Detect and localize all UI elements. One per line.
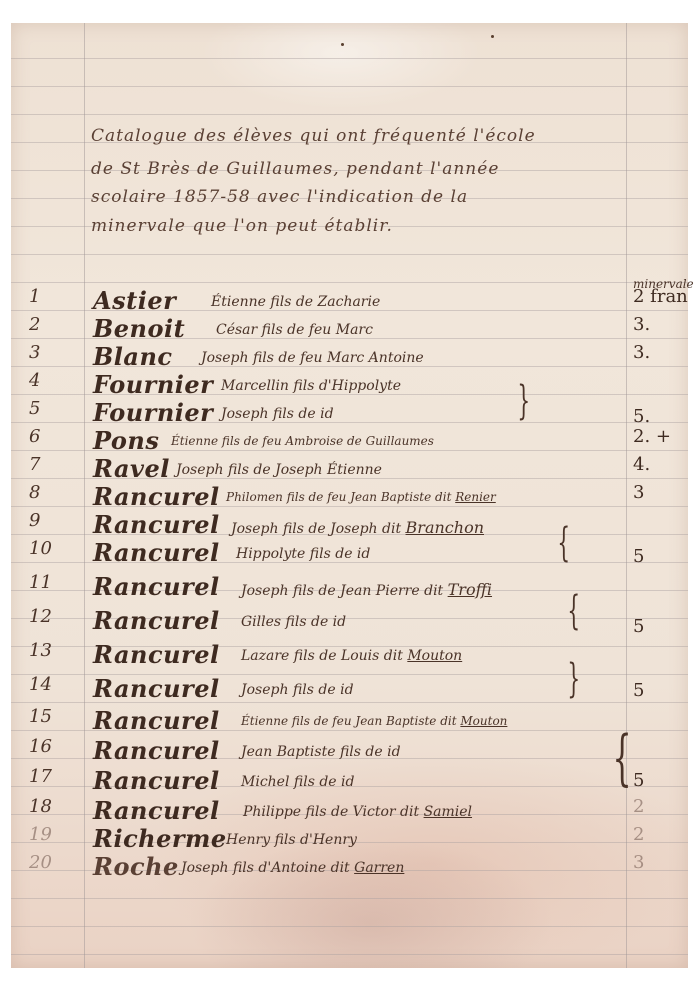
entry-given-text: Joseph fils de Joseph dit xyxy=(231,521,401,537)
title-line-4: minervale que l'on peut établir. xyxy=(91,216,393,236)
entry-number: 9 xyxy=(29,510,69,531)
entry-number: 19 xyxy=(29,824,69,845)
entry-number: 11 xyxy=(29,572,69,593)
entry-minervale: 2 fran xyxy=(633,286,688,307)
entry-surname: Rancurel xyxy=(93,674,220,703)
entry-minervale: 5 xyxy=(633,680,644,701)
entry-row: 5 Fournier Joseph fils de id 5. xyxy=(11,398,688,426)
entry-minervale: 3. xyxy=(633,342,650,363)
entry-row: 6 Pons Étienne fils de feu Ambroise de G… xyxy=(11,426,688,454)
entry-surname: Blanc xyxy=(93,342,173,371)
entry-given: Hippolyte fils de id xyxy=(236,546,370,562)
entry-number: 14 xyxy=(29,674,69,695)
entry-number: 2 xyxy=(29,314,69,335)
entry-row: 13 Rancurel Lazare fils de Louis dit Mou… xyxy=(11,640,688,668)
entry-minervale: 5 xyxy=(633,770,644,791)
ink-speck xyxy=(491,35,494,38)
entry-surname: Rancurel xyxy=(93,796,220,825)
entry-surname: Pons xyxy=(93,426,159,455)
entry-number: 15 xyxy=(29,706,69,727)
entry-given: Marcellin fils d'Hippolyte xyxy=(221,378,401,394)
entry-given-text: Lazare fils de Louis dit xyxy=(241,648,403,664)
entry-minervale: 2. + xyxy=(633,426,671,447)
entry-given: Joseph fils de id xyxy=(241,682,354,698)
entry-number: 16 xyxy=(29,736,69,757)
entry-given-text: Joseph fils de Jean Pierre dit xyxy=(241,583,443,599)
entry-number: 1 xyxy=(29,286,69,307)
title-line-3: scolaire 1857-58 avec l'indication de la xyxy=(91,187,468,207)
entry-minervale: 5. xyxy=(633,406,650,427)
entry-number: 20 xyxy=(29,852,69,873)
entry-surname: Rancurel xyxy=(93,736,220,765)
entry-nickname: Samiel xyxy=(424,804,472,820)
entry-number: 5 xyxy=(29,398,69,419)
entry-row: 14 Rancurel Joseph fils de id 5 xyxy=(11,674,688,702)
entry-row: 11 Rancurel Joseph fils de Jean Pierre d… xyxy=(11,572,688,600)
entry-number: 3 xyxy=(29,342,69,363)
entry-given: César fils de feu Marc xyxy=(216,322,373,338)
entry-given: Joseph fils de Jean Pierre dit Troffi xyxy=(241,580,492,599)
entry-surname: Rancurel xyxy=(93,538,220,567)
entry-row: 4 Fournier Marcellin fils d'Hippolyte xyxy=(11,370,688,398)
entry-row: 1 Astier Étienne fils de Zacharie 2 fran xyxy=(11,286,688,314)
entry-nickname: Branchon xyxy=(406,518,484,537)
entry-row: 17 Rancurel Michel fils de id 5 xyxy=(11,766,688,794)
entry-nickname: Renier xyxy=(455,490,496,504)
entry-surname: Rancurel xyxy=(93,572,220,601)
entry-given: Joseph fils de Joseph dit Branchon xyxy=(231,518,484,537)
entry-surname: Astier xyxy=(93,286,176,315)
entry-row: 20 Roche Joseph fils d'Antoine dit Garre… xyxy=(11,852,688,880)
entry-nickname: Mouton xyxy=(460,714,507,728)
entry-given: Joseph fils de id xyxy=(221,406,334,422)
entry-surname: Fournier xyxy=(93,370,213,399)
entry-row: 19 Richerme Henry fils d'Henry 2 xyxy=(11,824,688,852)
entry-surname: Rancurel xyxy=(93,510,220,539)
entry-row: 9 Rancurel Joseph fils de Joseph dit Bra… xyxy=(11,510,688,538)
entry-surname: Benoit xyxy=(93,314,185,343)
entry-nickname: Mouton xyxy=(407,648,462,664)
entry-number: 7 xyxy=(29,454,69,475)
entry-given: Michel fils de id xyxy=(241,774,354,790)
entry-number: 8 xyxy=(29,482,69,503)
entry-number: 10 xyxy=(29,538,69,559)
entry-surname: Rancurel xyxy=(93,482,220,511)
entry-given: Jean Baptiste fils de id xyxy=(241,744,401,760)
entry-row: 15 Rancurel Étienne fils de feu Jean Bap… xyxy=(11,706,688,734)
entry-surname: Rancurel xyxy=(93,766,220,795)
entry-row: 16 Rancurel Jean Baptiste fils de id xyxy=(11,736,688,764)
entry-given: Joseph fils de feu Marc Antoine xyxy=(201,350,424,366)
entry-row: 8 Rancurel Philomen fils de feu Jean Bap… xyxy=(11,482,688,510)
ink-speck xyxy=(341,43,344,46)
entry-surname: Rancurel xyxy=(93,640,220,669)
entry-given: Gilles fils de id xyxy=(241,614,346,630)
entry-given: Étienne fils de feu Ambroise de Guillaum… xyxy=(171,434,434,448)
entry-number: 13 xyxy=(29,640,69,661)
entry-surname: Fournier xyxy=(93,398,213,427)
entry-given-text: Philippe fils de Victor dit xyxy=(243,804,419,820)
entry-number: 6 xyxy=(29,426,69,447)
title-line-2: de St Brès de Guillaumes, pendant l'anné… xyxy=(91,159,499,179)
entry-row: 10 Rancurel Hippolyte fils de id 5 xyxy=(11,538,688,566)
entry-surname: Richerme xyxy=(93,824,227,853)
entry-minervale: 3 xyxy=(633,482,644,503)
entry-number: 4 xyxy=(29,370,69,391)
entry-surname: Roche xyxy=(93,852,179,881)
entry-number: 12 xyxy=(29,606,69,627)
entry-row: 7 Ravel Joseph fils de Joseph Étienne 4. xyxy=(11,454,688,482)
entry-given: Henry fils d'Henry xyxy=(226,832,357,848)
entry-given: Étienne fils de feu Jean Baptiste dit Mo… xyxy=(241,714,507,728)
entry-nickname: Troffi xyxy=(448,580,492,599)
entry-given-text: Philomen fils de feu Jean Baptiste dit xyxy=(226,490,451,504)
entry-row: 2 Benoit César fils de feu Marc 3. xyxy=(11,314,688,342)
entry-minervale: 2 xyxy=(633,796,644,817)
title-line-1: Catalogue des élèves qui ont fréquenté l… xyxy=(91,126,536,146)
entry-given: Lazare fils de Louis dit Mouton xyxy=(241,648,462,664)
entry-given: Joseph fils de Joseph Étienne xyxy=(176,462,382,478)
entry-minervale: 2 xyxy=(633,824,644,845)
entry-given: Philippe fils de Victor dit Samiel xyxy=(243,804,472,820)
entry-number: 18 xyxy=(29,796,69,817)
entry-minervale: 5 xyxy=(633,546,644,567)
entry-row: 3 Blanc Joseph fils de feu Marc Antoine … xyxy=(11,342,688,370)
entry-minervale: 5 xyxy=(633,616,644,637)
entry-surname: Rancurel xyxy=(93,606,220,635)
entry-minervale: 3. xyxy=(633,314,650,335)
entry-nickname: Garren xyxy=(354,860,404,876)
entry-given: Joseph fils d'Antoine dit Garren xyxy=(181,860,404,876)
manuscript-page: Catalogue des élèves qui ont fréquenté l… xyxy=(11,23,688,968)
entry-minervale: 4. xyxy=(633,454,650,475)
entry-given: Philomen fils de feu Jean Baptiste dit R… xyxy=(226,490,496,504)
entry-row: 12 Rancurel Gilles fils de id 5 xyxy=(11,606,688,634)
entry-surname: Rancurel xyxy=(93,706,220,735)
entry-given-text: Joseph fils d'Antoine dit xyxy=(181,860,350,876)
entry-given: Étienne fils de Zacharie xyxy=(211,294,380,310)
entry-surname: Ravel xyxy=(93,454,170,483)
entry-given-text: Étienne fils de feu Jean Baptiste dit xyxy=(241,714,457,728)
entry-row: 18 Rancurel Philippe fils de Victor dit … xyxy=(11,796,688,824)
entry-number: 17 xyxy=(29,766,69,787)
entry-minervale: 3 xyxy=(633,852,644,873)
